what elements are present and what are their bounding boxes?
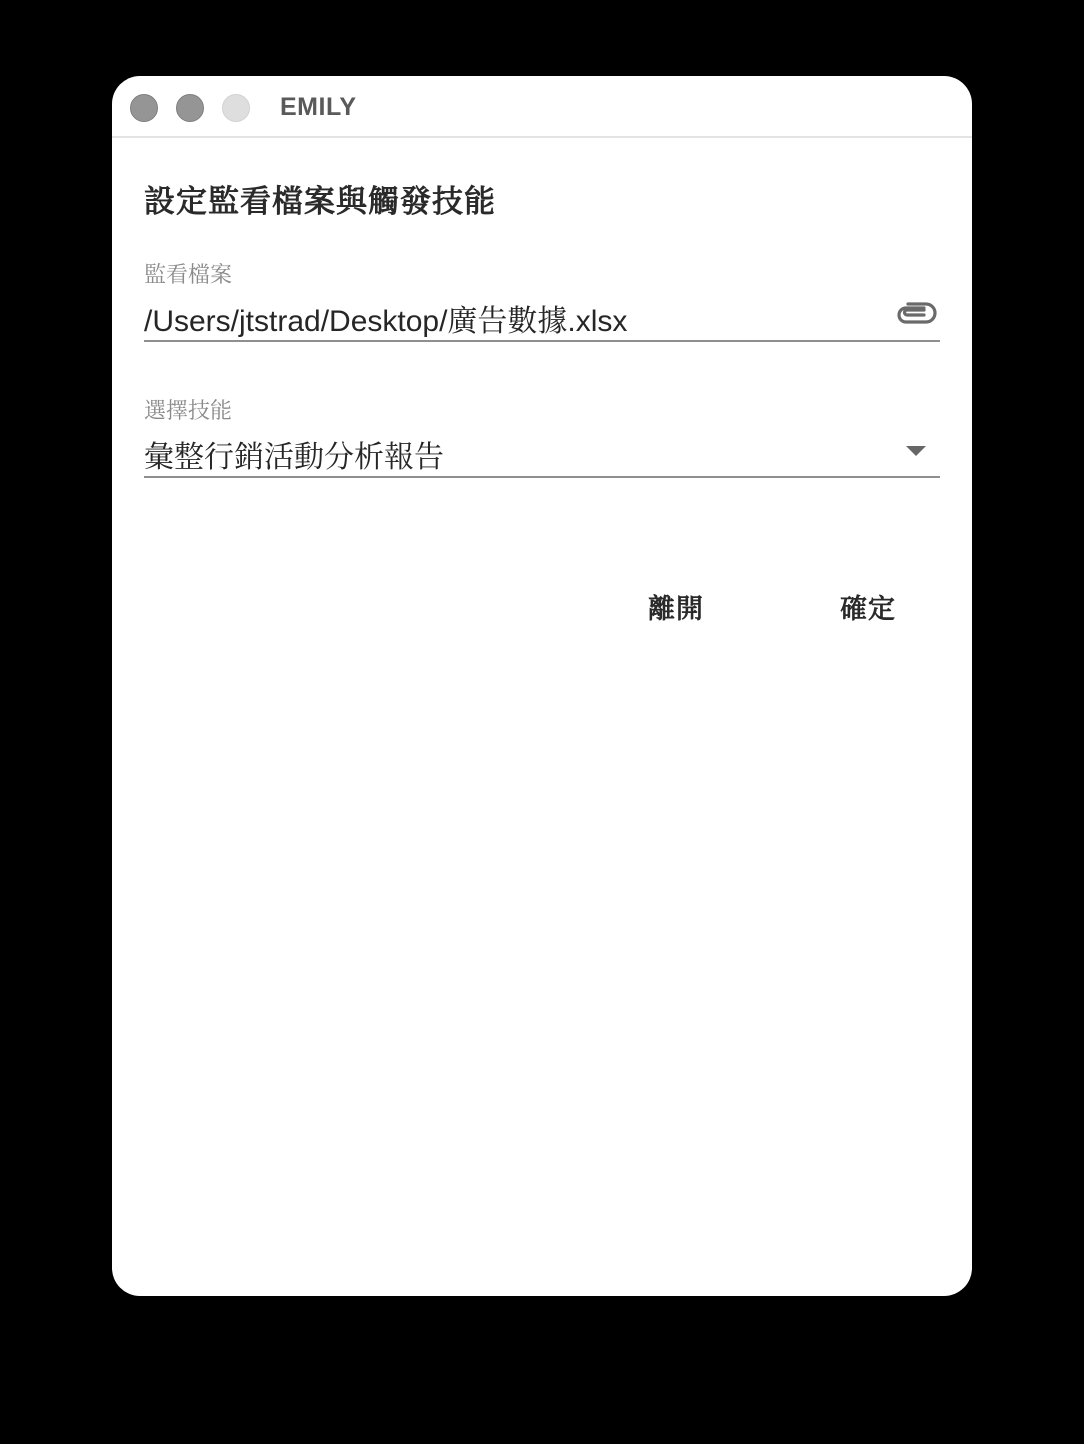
dropdown-triangle-icon[interactable]: [906, 446, 926, 456]
minimize-window-button[interactable]: [176, 94, 204, 122]
close-window-button[interactable]: [130, 94, 158, 122]
app-title: EMILY: [280, 93, 357, 122]
watch-file-field: 監看檔案 /Users/jtstrad/Desktop/廣告數據.xlsx: [144, 260, 940, 342]
paperclip-icon[interactable]: [894, 298, 938, 328]
dialog-title: 設定監看檔案與觸發技能: [144, 176, 496, 221]
skill-select-field: 選擇技能 彙整行銷活動分析報告: [144, 396, 940, 478]
watch-file-label: 監看檔案: [144, 260, 940, 290]
confirm-button[interactable]: 確定: [832, 586, 904, 632]
skill-select-label: 選擇技能: [144, 396, 940, 426]
leave-button[interactable]: 離開: [640, 586, 712, 632]
zoom-window-button[interactable]: [222, 94, 250, 122]
skill-select[interactable]: 彙整行銷活動分析報告: [144, 426, 940, 478]
watch-file-value[interactable]: /Users/jtstrad/Desktop/廣告數據.xlsx: [144, 296, 627, 340]
skill-select-value[interactable]: 彙整行銷活動分析報告: [144, 432, 444, 476]
app-window: EMILY 設定監看檔案與觸發技能 監看檔案 /Users/jtstrad/De…: [112, 76, 972, 1296]
title-bar[interactable]: EMILY: [112, 76, 972, 138]
watch-file-input[interactable]: /Users/jtstrad/Desktop/廣告數據.xlsx: [144, 290, 940, 342]
